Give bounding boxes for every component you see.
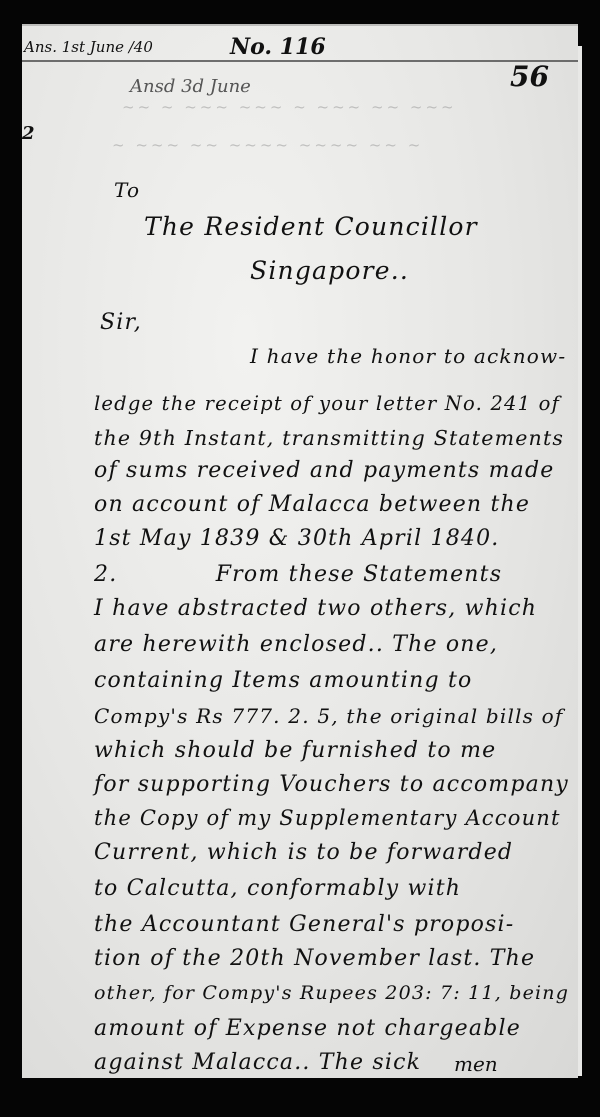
body-line: I have the honor to acknow- — [250, 344, 566, 368]
address-recipient: The Resident Councillor — [144, 212, 478, 241]
body-line: other, for Compy's Rupees 203: 7: 11, be… — [94, 982, 569, 1004]
reference-number: No. 116 — [230, 34, 326, 60]
body-line: tion of the 20th November last. The — [94, 946, 535, 971]
body-line: 1st May 1839 & 30th April 1840. — [94, 526, 499, 551]
page-edge — [578, 46, 582, 1076]
body-line: 2. From these Statements — [94, 562, 502, 587]
salutation: Sir, — [100, 310, 142, 335]
body-line: Current, which is to be forwarded — [94, 840, 513, 865]
body-line: for supporting Vouchers to accompany — [94, 772, 569, 797]
body-line: I have abstracted two others, which — [94, 596, 537, 621]
bleed-through-text: ~ ~~~ ~~ ~~~~ ~~~~ ~~ ~ — [112, 136, 423, 154]
body-line: ledge the receipt of your letter No. 241… — [94, 392, 560, 415]
body-line: which should be furnished to me — [94, 738, 496, 763]
manuscript-page: Ans. 1st June /40 No. 116 Ansd 3d June 5… — [22, 24, 578, 1078]
bleed-through-text: ~~ ~ ~~~ ~~~ ~ ~~~ ~~ ~~~ — [122, 98, 457, 116]
body-line: amount of Expense not chargeable — [94, 1016, 521, 1041]
body-line: to Calcutta, conformably with — [94, 876, 461, 901]
pencil-note: Ansd 3d June — [130, 76, 251, 97]
body-line: the 9th Instant, transmitting Statements — [94, 426, 564, 450]
body-line: of sums received and payments made — [94, 458, 554, 483]
body-line: on account of Malacca between the — [94, 492, 530, 517]
folio-number: 56 — [510, 60, 549, 93]
body-line: are herewith enclosed.. The one, — [94, 632, 498, 657]
body-line: against Malacca.. The sick — [94, 1050, 421, 1075]
address-to-label: To — [114, 178, 140, 202]
body-line: the Accountant General's proposi- — [94, 912, 514, 937]
fold-line — [22, 60, 578, 62]
body-line: Compy's Rs 777. 2. 5, the original bills… — [94, 704, 564, 728]
catchword: men — [454, 1052, 498, 1076]
margin-note-answered: Ans. 1st June /40 — [24, 38, 153, 56]
body-line: containing Items amounting to — [94, 668, 472, 693]
address-place: Singapore.. — [250, 256, 409, 285]
margin-mark: 2 — [22, 123, 35, 144]
body-line: the Copy of my Supplementary Account — [94, 806, 561, 830]
